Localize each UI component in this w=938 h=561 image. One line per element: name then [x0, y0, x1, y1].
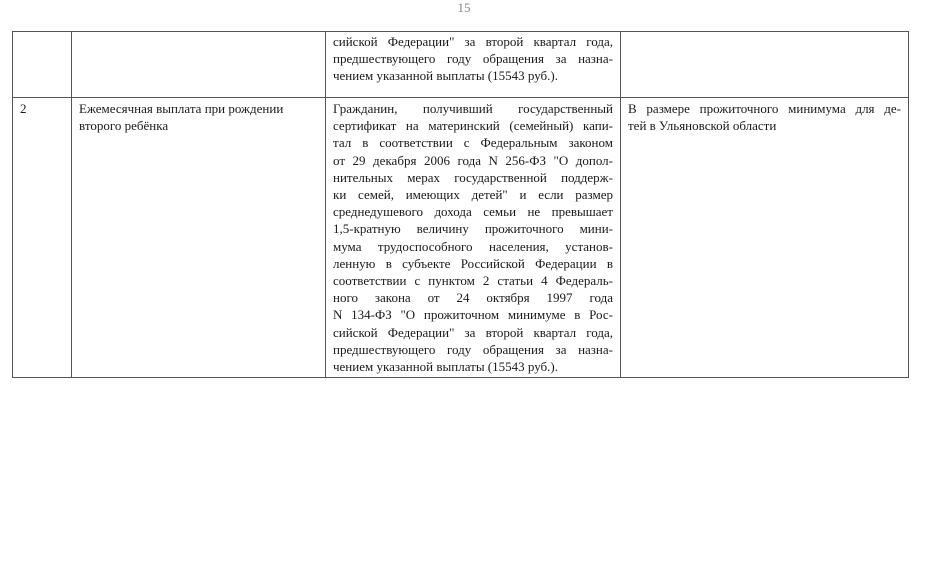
cell-number: 2: [13, 98, 72, 378]
text-line: ленную в субъекте Российской Федерации в: [333, 255, 613, 272]
benefits-table: сийской Федерации" за второй квартал год…: [12, 31, 909, 378]
text-line: предшествующего году обращения за назна-: [333, 341, 613, 358]
text-line: 1,5-кратную величину прожиточного мини-: [333, 220, 613, 237]
text-line: В размере прожиточного минимума для де-: [628, 100, 901, 117]
text-line: ки семей, имеющих детей" и если размер: [333, 186, 613, 203]
cell-amount: В размере прожиточного минимума для де-т…: [621, 98, 909, 378]
text-line: среднедушевого дохода семьи не превышает: [333, 203, 613, 220]
text-line: нительных мерах государственной поддерж-: [333, 169, 613, 186]
cell-condition: Гражданин, получивший государственныйсер…: [326, 98, 621, 378]
cell-amount: [621, 32, 909, 98]
text-line: ного закона от 24 октября 1997 года: [333, 289, 613, 306]
text-line: сертификат на материнский (семейный) кап…: [333, 117, 613, 134]
text-line: N 134-ФЗ "О прожиточном минимуме в Рос-: [333, 306, 613, 323]
page-number: 15: [452, 0, 476, 16]
text-line: чением указанной выплаты (15543 руб.).: [333, 358, 613, 375]
table-row: 2 Ежемесячная выплата при рождении второ…: [13, 98, 909, 378]
text-line: тей в Ульяновской области: [628, 117, 901, 134]
text-line: Гражданин, получивший государственный: [333, 100, 613, 117]
cell-name: Ежемесячная выплата при рождении второго…: [72, 98, 326, 378]
text-line: тал в соответствии с Федеральным законом: [333, 134, 613, 151]
text-line: соответствии с пунктом 2 статьи 4 Федера…: [333, 272, 613, 289]
cell-condition: сийской Федерации" за второй квартал год…: [326, 32, 621, 98]
text-line: мума трудоспособного населения, установ-: [333, 238, 613, 255]
text-line: сийской Федерации" за второй квартал год…: [333, 33, 613, 50]
cell-number: [13, 32, 72, 98]
text-line: сийской Федерации" за второй квартал год…: [333, 324, 613, 341]
table-row-continuation: сийской Федерации" за второй квартал год…: [13, 32, 909, 98]
text-line: чением указанной выплаты (15543 руб.).: [333, 67, 613, 84]
text-line: от 29 декабря 2006 года N 256-ФЗ "О допо…: [333, 152, 613, 169]
text-line: предшествующего году обращения за назна-: [333, 50, 613, 67]
cell-name: [72, 32, 326, 98]
